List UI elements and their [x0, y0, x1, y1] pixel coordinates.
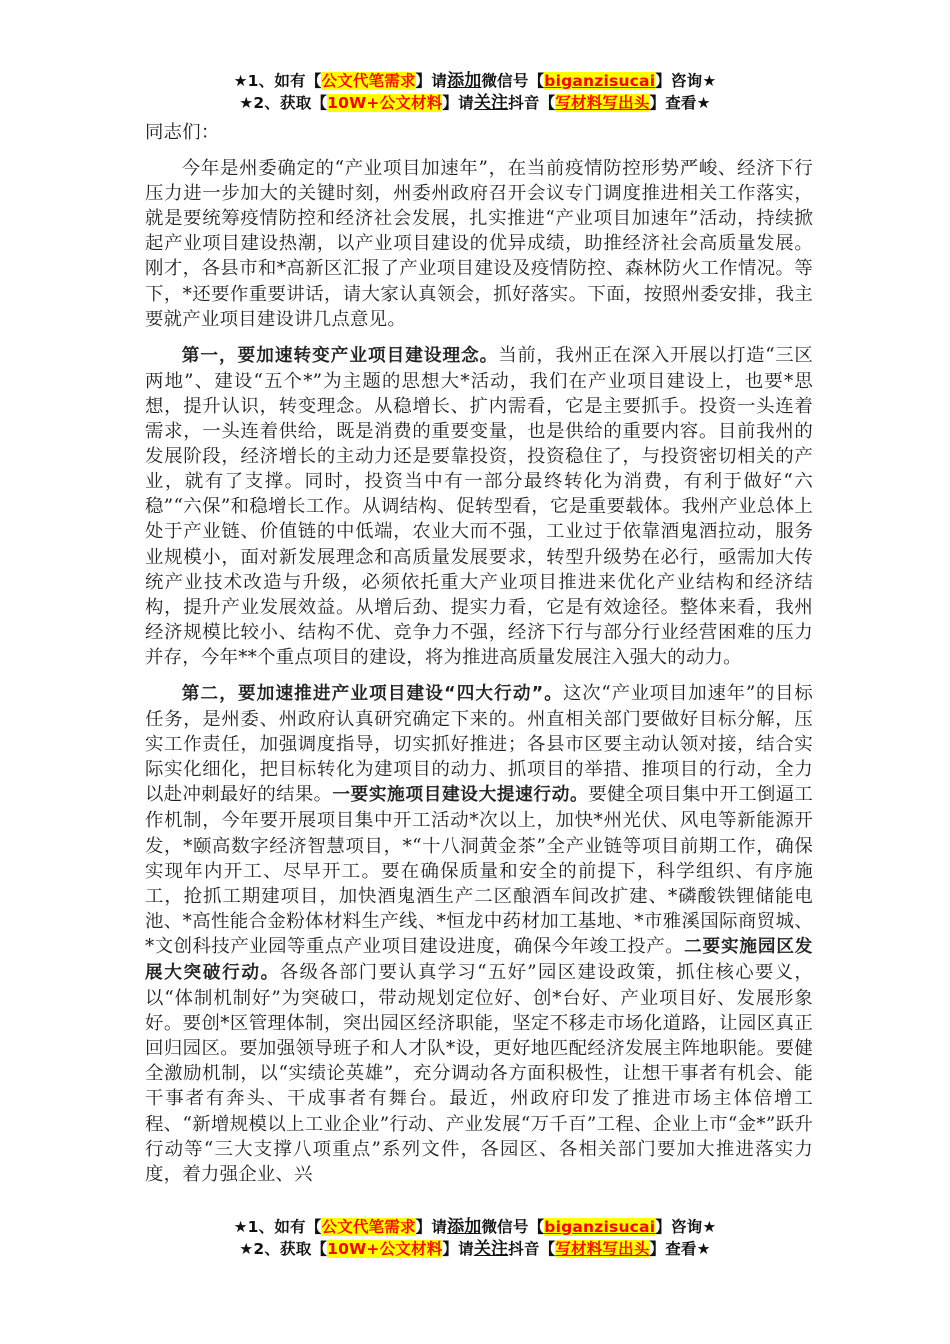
heading-second-point: 第二，要加速推进产业项目建设“四大行动”。 — [182, 684, 563, 704]
highlight-service: 公文代笔需求 — [321, 1218, 415, 1236]
subheading-project-speedup: 一要实施项目建设大提速行动。 — [332, 785, 588, 805]
salutation: 同志们： — [145, 120, 813, 145]
promo-banner-top: ★1、如有【公文代笔需求】请添加微信号【biganzisucai】咨询★ ★2、… — [0, 70, 950, 114]
paragraph-first-point: 第一，要加速转变产业项目建设理念。当前，我州正在深入开展以打造“三区两地”、建设… — [145, 343, 813, 670]
highlight-materials: 10W+公文材料 — [327, 1240, 442, 1258]
promo-line-2: ★2、获取【10W+公文材料】请关注抖音【写材料写出头】查看★ — [0, 92, 950, 114]
wechat-id-link[interactable]: biganzisucai — [544, 1218, 655, 1236]
promo-line-1: ★1、如有【公文代笔需求】请添加微信号【biganzisucai】咨询★ — [0, 70, 950, 92]
heading-first-point: 第一，要加速转变产业项目建设理念。 — [182, 346, 499, 366]
paragraph-intro: 今年是州委确定的“产业项目加速年”，在当前疫情防控形势严峻、经济下行压力进一步加… — [145, 156, 813, 332]
wechat-id-link[interactable]: biganzisucai — [544, 72, 655, 90]
douyin-account-link[interactable]: 写材料写出头 — [555, 94, 649, 112]
promo-banner-bottom: ★1、如有【公文代笔需求】请添加微信号【biganzisucai】咨询★ ★2、… — [0, 1216, 950, 1260]
paragraph-second-point: 第二，要加速推进产业项目建设“四大行动”。这次“产业项目加速年”的目标任务，是州… — [145, 681, 813, 1187]
underlined-follow: 关注 — [474, 1239, 508, 1259]
underlined-add: 添加 — [447, 71, 481, 91]
underlined-add: 添加 — [447, 1217, 481, 1237]
douyin-account-link[interactable]: 写材料写出头 — [555, 1240, 649, 1258]
underlined-follow: 关注 — [474, 93, 508, 113]
document-body: 同志们： 今年是州委确定的“产业项目加速年”，在当前疫情防控形势严峻、经济下行压… — [145, 120, 813, 1187]
promo-line-2: ★2、获取【10W+公文材料】请关注抖音【写材料写出头】查看★ — [0, 1238, 950, 1260]
highlight-materials: 10W+公文材料 — [327, 94, 442, 112]
highlight-service: 公文代笔需求 — [321, 72, 415, 90]
promo-line-1: ★1、如有【公文代笔需求】请添加微信号【biganzisucai】咨询★ — [0, 1216, 950, 1238]
